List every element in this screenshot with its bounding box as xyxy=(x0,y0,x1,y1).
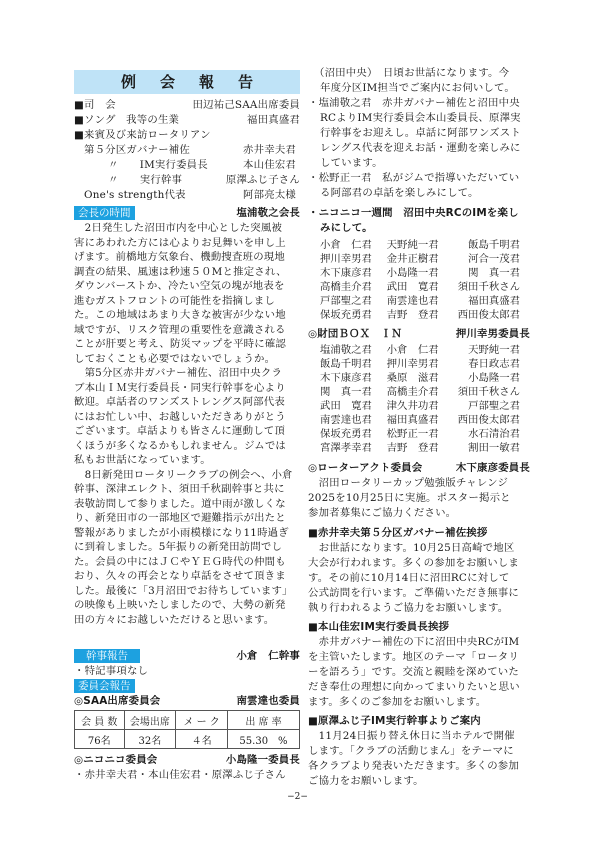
rotaract-line: 沼田ロータリーカップ勉強版チャレンジ xyxy=(308,476,508,490)
president-line: 歓迎。卓話者のワンズストレングス阿部代表 xyxy=(74,395,285,409)
name: 保坂充勇君 xyxy=(320,427,387,441)
im-secretary-line: 各クラブより発表いただきます。多くの参加 xyxy=(308,759,519,773)
name: 木下康彦君 xyxy=(320,371,387,385)
president-line: しておくことも必要ではないでしょうか。 xyxy=(74,352,275,366)
name: 押川幸男君 xyxy=(387,357,454,371)
president-line: くほうが多くなるかもしれません。ジムでは xyxy=(74,439,286,453)
name: 小倉 仁君 xyxy=(387,343,454,357)
intro-line: る阿部君の卓話を楽しみにして。 xyxy=(320,186,479,200)
name: 南雲達也君 xyxy=(387,294,454,308)
name: 松野正一君 xyxy=(387,427,454,441)
president-line: り、新発田市の一部地区で避難指示が出たと xyxy=(74,511,286,525)
im-secretary-line: ご協力をお願いします。 xyxy=(308,774,424,788)
president-line: 8日新発田ロータリークラブの例会へ、小倉 xyxy=(74,468,293,482)
program-key-2: ■来賓及び来訪ロータリアン xyxy=(74,128,211,142)
president-line: 幹事、深津エレクト、須田千秋副幹事と共に xyxy=(74,482,285,496)
nikoniko-week-names: 小倉 仁君天野純一君飯島千明君 押川幸男君金井正樹君河合一茂君 木下康彦君小島隆… xyxy=(320,238,520,322)
im-chair-line: だき奉仕の理想に向かってまいりたいと思い xyxy=(308,680,520,694)
name: 河合一茂君 xyxy=(453,252,520,266)
governor-line: 公式訪問を行います。ご準備いただき無事に xyxy=(308,586,519,600)
president-line: おり、久々の再会となり卓話をさせて頂きま xyxy=(74,569,286,583)
program-value-6: 阿部亮太様 xyxy=(74,188,296,202)
name: 桑原 滋君 xyxy=(387,371,454,385)
name-row: 南雲達也君福田真盛君西田俊太郎君 xyxy=(320,413,520,427)
name: 宮澤孝幸君 xyxy=(320,441,387,455)
nikoniko-committee-speaker: 小島隆一委員長 xyxy=(74,753,300,767)
rotaract-speaker: 木下康彦委員長 xyxy=(308,461,530,475)
name: 飯島千明君 xyxy=(320,357,387,371)
president-speaker: 塩浦敬之会長 xyxy=(74,206,300,220)
president-line: の映像も上映いたしましたので、大勢の新発 xyxy=(74,598,286,612)
president-line: 第5分区赤井ガバナー補佐、沼田中央クラ xyxy=(74,366,282,380)
president-line: 私もお世話になっています。 xyxy=(74,453,211,467)
program-value-1: 福田真盛君 xyxy=(74,113,300,127)
attendance-members: 76名 xyxy=(75,730,125,749)
nikoniko-week-title: ・ニコニコ一週間 沼田中央RCのIMを楽し xyxy=(308,206,519,220)
nikoniko-text: ・赤井幸夫君・本山佳宏君・原澤ふじ子さん xyxy=(74,768,286,782)
name: 水石清治君 xyxy=(453,427,520,441)
rotaract-line: 参加者募集にご協力ください。 xyxy=(308,506,456,520)
name: 武田 寛君 xyxy=(320,399,387,413)
rotaract-line: 2025を10月25日に実施。ポスター掲示と xyxy=(308,491,511,505)
attendance-header: メ ー ク xyxy=(176,711,228,730)
attendance-value-row: 76名 32名 ４名 55.30 % xyxy=(75,730,300,749)
name-row: 木下康彦君小島隆一君関 真一君 xyxy=(320,266,520,280)
name: 戸部聖之君 xyxy=(320,294,387,308)
president-line: 表敬訪問して参りました。道中雨が激しくな xyxy=(74,497,286,511)
president-line: 調査の結果、風速は秒速５０Mと推定され、 xyxy=(74,265,287,279)
program-value-4: 本山佳宏君 xyxy=(74,158,296,172)
name: 福田真盛君 xyxy=(453,294,520,308)
page-number: −2− xyxy=(0,792,595,802)
president-line: げます。前橋地方気象台、機動捜査班の現地 xyxy=(74,250,285,264)
name-row: 関 真一君高橋圭介君須田千秋さん xyxy=(320,385,520,399)
name: 須田千秋さん xyxy=(453,385,520,399)
intro-line: （沼田中央） 日頃お世話になります。今 xyxy=(314,66,509,80)
program-value-3: 赤井幸夫君 xyxy=(74,143,296,157)
name: 戸部聖之君 xyxy=(453,399,520,413)
name-row: 戸部聖之君南雲達也君福田真盛君 xyxy=(320,294,520,308)
attendance-present: 32名 xyxy=(124,730,176,749)
president-line: にはお忙しい中、お越しいただきありがとう xyxy=(74,410,286,424)
name-row: 保坂充勇君吉野 登君西田俊太郎君 xyxy=(320,308,520,322)
name: 天野純一君 xyxy=(387,238,454,252)
president-line: に到着しました。5年振りの新発田訪問でし xyxy=(74,540,282,554)
im-secretary-line: 11月24日振り替え休日に当ホテルで開催 xyxy=(308,729,515,743)
name-row: 飯島千明君押川幸男君春日政志君 xyxy=(320,357,520,371)
name-row: 高橋圭介君武田 寛君須田千秋さん xyxy=(320,280,520,294)
name: 押川幸男君 xyxy=(320,252,387,266)
governor-line: 大会が行われます。多くの参加をお願いしま xyxy=(308,556,519,570)
im-secretary-line: します。「クラブの活動じまん」をテーマに xyxy=(308,744,514,758)
name: 塩浦敬之君 xyxy=(320,343,387,357)
name: 西田俊太郎君 xyxy=(453,308,520,322)
name-row: 木下康彦君桑原 滋君小島隆一君 xyxy=(320,371,520,385)
president-line: 2日発生した沼田市内を中心とした突風被 xyxy=(74,221,282,235)
name: 武田 寛君 xyxy=(387,280,454,294)
intro-line: しています。 xyxy=(320,156,383,170)
program-value-5: 原澤ふじ子さん xyxy=(74,173,300,187)
president-line: 警報がありましたが小雨模様になり11時過ぎ xyxy=(74,526,289,540)
secretary-text: ・特記事項なし xyxy=(74,664,148,678)
im-chair-line: 赤井ガバナー補佐の下に沼田中央RCがIM xyxy=(308,635,519,649)
name-row: 押川幸男君金井正樹君河合一茂君 xyxy=(320,252,520,266)
president-line: た。この地域はあまり大きな被害が少ない地 xyxy=(74,308,286,322)
intro-line: 行幹事をお迎えし。卓話に阿部ワンズスト xyxy=(320,126,521,140)
name: 飯島千明君 xyxy=(453,238,520,252)
name-row: 武田 寛君津久井功君戸部聖之君 xyxy=(320,399,520,413)
name-row: 塩浦敬之君小倉 仁君天野純一君 xyxy=(320,343,520,357)
intro-line: RCよりIM実行委員会本山委員長、原澤実 xyxy=(320,111,521,125)
name: 高橋圭介君 xyxy=(320,280,387,294)
name-row: 小倉 仁君天野純一君飯島千明君 xyxy=(320,238,520,252)
name-row: 宮澤孝幸君吉野 登君割田一敏君 xyxy=(320,441,520,455)
name-row: 保坂充勇君松野正一君水石清治君 xyxy=(320,427,520,441)
attendance-makeup: ４名 xyxy=(176,730,228,749)
intro-line: ・松野正一君 私がジムで指導いただいてい xyxy=(308,171,519,185)
section-label-committee: 委員会報告 xyxy=(74,679,135,693)
intro-line: レングス代表を迎えお話・運動を楽しみに xyxy=(320,141,521,155)
im-chair-line: ーを語ろう」です。交流と親睦を深めていた xyxy=(308,665,519,679)
attendance-header-row: 会 員 数 会場出席 メ ー ク 出 席 率 xyxy=(75,711,300,730)
attendance-header: 会 員 数 xyxy=(75,711,125,730)
name: 吉野 登君 xyxy=(387,441,454,455)
page-title-banner: 例会報告 xyxy=(74,70,300,94)
saa-committee-speaker: 南雲達也委員 xyxy=(74,694,300,708)
attendance-rate: 55.30 % xyxy=(228,730,300,749)
name: 関 真一君 xyxy=(320,385,387,399)
intro-line: ・塩浦敬之君 赤井ガバナー補佐と沼田中央 xyxy=(308,96,520,110)
attendance-header: 出 席 率 xyxy=(228,711,300,730)
im-chair-line: を主管いたします。地区のテーマ「ロータリ xyxy=(308,650,519,664)
attendance-header: 会場出席 xyxy=(124,711,176,730)
name: 保坂充勇君 xyxy=(320,308,387,322)
attendance-table: 会 員 数 会場出席 メ ー ク 出 席 率 76名 32名 ４名 55.30 … xyxy=(74,710,300,749)
president-line: 域ですが、リスク管理の重要性を意識される xyxy=(74,323,286,337)
name: 南雲達也君 xyxy=(320,413,387,427)
name: 木下康彦君 xyxy=(320,266,387,280)
president-line: 害にあわれた方には心よりお見舞いを申し上 xyxy=(74,236,286,250)
im-chair-greeting-title: ■本山佳宏IM実行委員長挨拶 xyxy=(308,620,449,634)
intro-line: 年度分区IM担当でご案内にお伺いして。 xyxy=(320,81,515,95)
name: 関 真一君 xyxy=(453,266,520,280)
president-line: 進むガストフロントの可能性を指摘しまし xyxy=(74,294,275,308)
nikoniko-week-title-cont: みにして。 xyxy=(320,221,373,235)
name: 西田俊太郎君 xyxy=(453,413,520,427)
box-in-names: 塩浦敬之君小倉 仁君天野純一君 飯島千明君押川幸男君春日政志君 木下康彦君桑原 … xyxy=(320,343,520,455)
president-line: 田の方々にお越しいただけると思います。 xyxy=(74,613,274,627)
president-line: ダウンバーストか、冷たい空気の塊が地表を xyxy=(74,279,285,293)
president-line: ブ本山ＩＭ実行委員長・同実行幹事を心より xyxy=(74,381,286,395)
name: 小島隆一君 xyxy=(453,371,520,385)
im-secretary-notice-title: ■原澤ふじ子IM実行幹事よりご案内 xyxy=(308,714,481,728)
president-line: した。最後に「3月沼田でお待ちしています」 xyxy=(74,584,293,598)
name: 高橋圭介君 xyxy=(387,385,454,399)
governor-line: 執り行われるようご協力をお願いします。 xyxy=(308,601,508,615)
president-line: ことが肝要と考え、防災マップを平時に確認 xyxy=(74,337,286,351)
name: 吉野 登君 xyxy=(387,308,454,322)
name: 春日政志君 xyxy=(453,357,520,371)
president-line: た。会員の中にはＪＣやＹＥＧ時代の仲間も xyxy=(74,555,286,569)
box-in-speaker: 押川幸男委員長 xyxy=(308,327,530,341)
governor-line: す。その前に10月14日に沼田RCに対して xyxy=(308,571,509,585)
name: 割田一敏君 xyxy=(453,441,520,455)
president-line: ございます。卓話よりも皆さんに運動して頂 xyxy=(74,424,285,438)
governor-line: お世話になります。10月25日高崎で地区 xyxy=(308,541,514,555)
governor-greeting-title: ■赤井幸夫第５分区ガバナー補佐挨拶 xyxy=(308,526,487,540)
name: 小倉 仁君 xyxy=(320,238,387,252)
secretary-speaker: 小倉 仁幹事 xyxy=(74,649,300,663)
im-chair-line: ます。多くのご参加をお願いします。 xyxy=(308,695,486,709)
name: 小島隆一君 xyxy=(387,266,454,280)
name: 福田真盛君 xyxy=(387,413,454,427)
name: 須田千秋さん xyxy=(453,280,520,294)
name: 金井正樹君 xyxy=(387,252,454,266)
name: 津久井功君 xyxy=(387,399,454,413)
page-title: 例会報告 xyxy=(97,73,277,91)
program-value-0: 田辺祐己SAA出席委員 xyxy=(74,98,300,112)
name: 天野純一君 xyxy=(453,343,520,357)
